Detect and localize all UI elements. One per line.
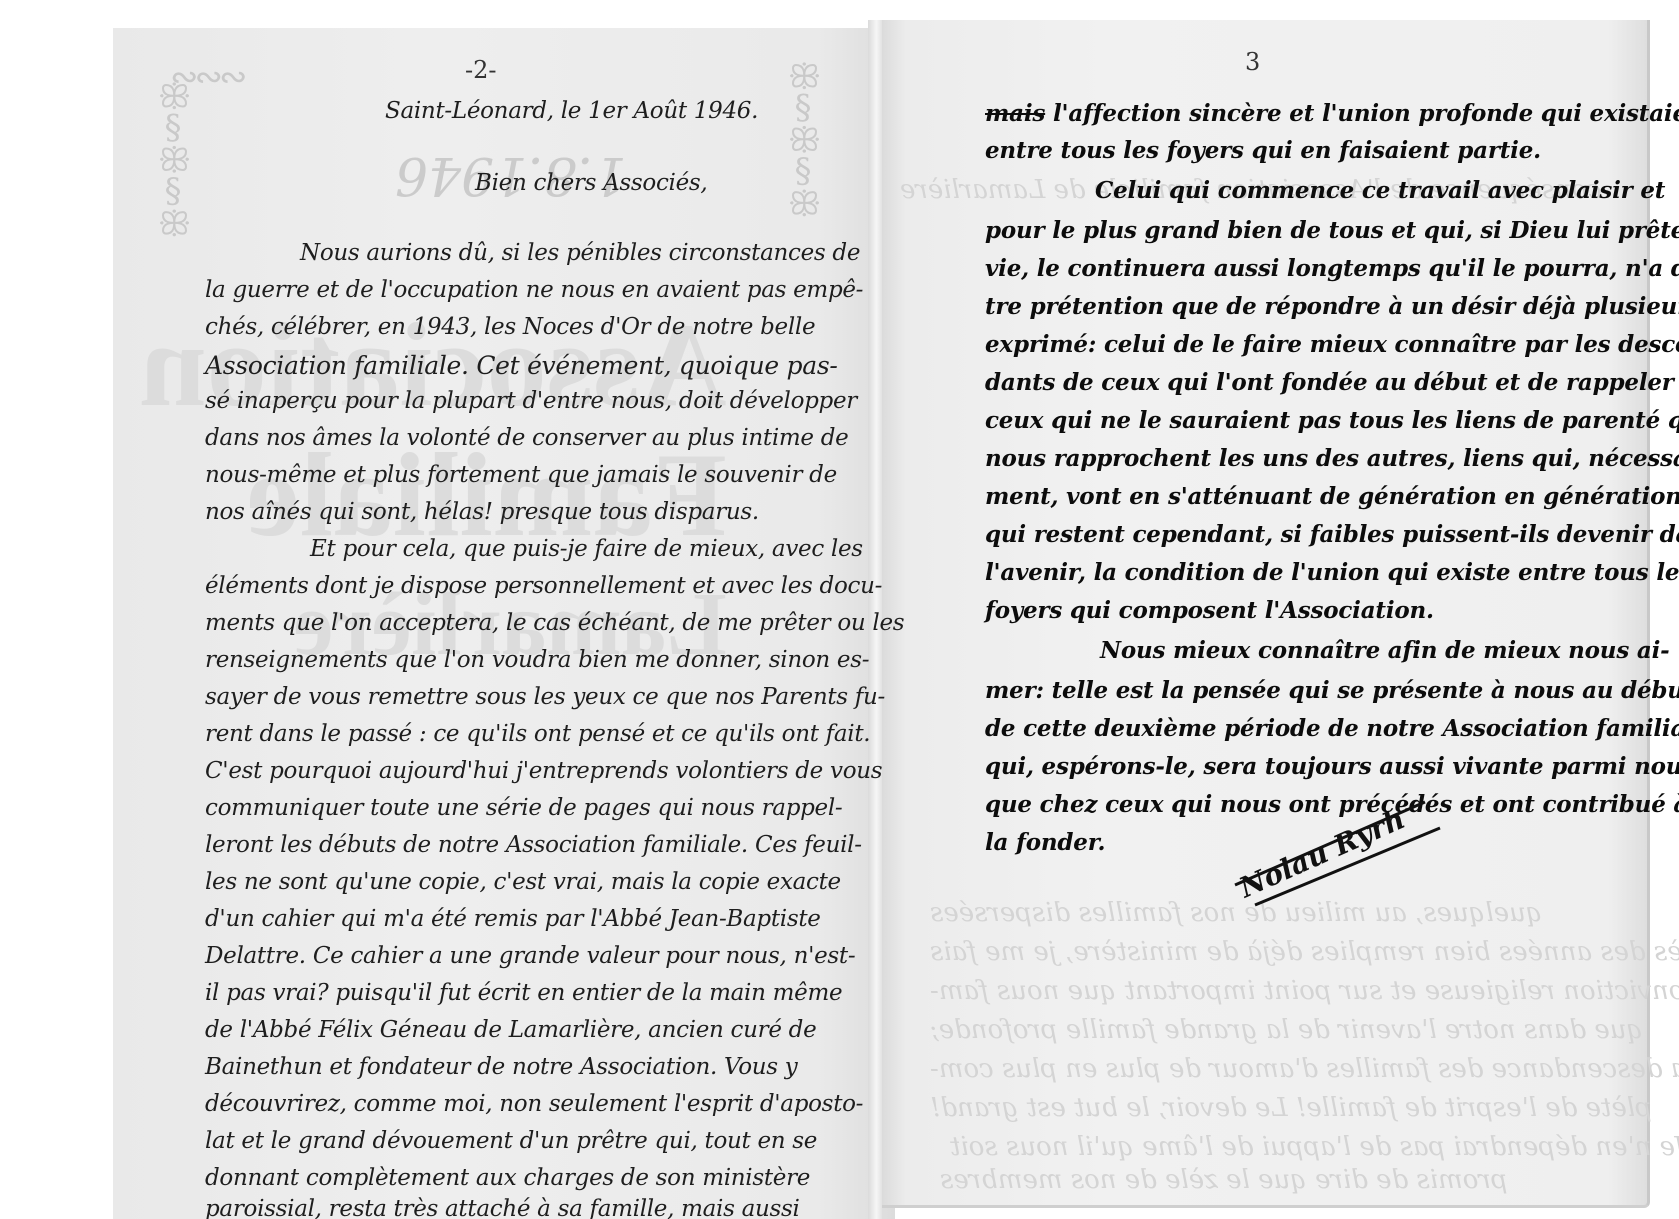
text-line: lat et le grand dévouement d'un prêtre q… xyxy=(205,1128,817,1154)
bleed-through-line: que dans notre l'avenir de la grande fam… xyxy=(930,1015,1643,1045)
text-line: Bainethun et fondateur de notre Associat… xyxy=(205,1054,797,1080)
text-line: mer: telle est la pensée qui se présente… xyxy=(985,677,1679,704)
text-line: entre tous les foyers qui en faisaient p… xyxy=(985,137,1541,164)
text-line: d'un cahier qui m'a été remis par l'Abbé… xyxy=(205,906,821,932)
bleed-through-line: une conviction religieuse et sur point i… xyxy=(930,976,1679,1006)
text-line: nous rapprochent les uns des autres, lie… xyxy=(985,445,1679,472)
ornament-border-icon: ꕥ§ꕥ§ꕥ xyxy=(780,60,820,215)
bleed-through-line: promis de dire que le zèle de nos membre… xyxy=(940,1165,1508,1195)
text-line: nos aînés qui sont, hélas! presque tous … xyxy=(205,499,759,525)
bleed-through-line: Je n'en dépendrai pas de l'appui de l'âm… xyxy=(950,1132,1679,1162)
text-line: ments que l'on acceptera, le cas échéant… xyxy=(205,610,904,636)
text-line: ceux qui ne le sauraient pas tous les li… xyxy=(985,407,1679,434)
page-number: -2- xyxy=(465,56,497,84)
page-number: 3 xyxy=(1245,48,1260,76)
text-line: tre prétention que de répondre à un dési… xyxy=(985,293,1679,320)
text-line: pour le plus grand bien de tous et qui, … xyxy=(985,217,1679,244)
text-line: Et pour cela, que puis-je faire de mieux… xyxy=(310,536,863,562)
text-line: leront les débuts de notre Association f… xyxy=(205,832,862,858)
ornament-border-icon: ꕥ§ꕥ§ꕥ xyxy=(150,80,190,235)
bleed-through-line: plète de l'esprit de famille! Le devoir,… xyxy=(930,1093,1652,1123)
salutation: Bien chers Associés, xyxy=(475,170,707,196)
bleed-through-line: c'est la descendance des familles d'amou… xyxy=(930,1054,1679,1084)
text-line: Association familiale. Cet événement, qu… xyxy=(205,351,838,380)
text-line: sé inaperçu pour la plupart d'entre nous… xyxy=(205,388,857,414)
text-line-content: l'affection sincère et l'union profonde … xyxy=(1053,100,1679,127)
text-line: vie, le continuera aussi longtemps qu'il… xyxy=(985,255,1679,282)
text-line: Nous mieux connaître afin de mieux nous … xyxy=(1100,637,1669,664)
bleed-through-line: après des années bien remplies déjà de m… xyxy=(930,937,1679,967)
signature-text: Nolau Ryrh xyxy=(1234,802,1410,905)
text-line: Nous aurions dû, si les pénibles circons… xyxy=(300,240,860,266)
text-line: dans nos âmes la volonté de conserver au… xyxy=(205,425,848,451)
text-line: paroissial, resta très attaché à sa fami… xyxy=(205,1196,800,1219)
text-line: de l'Abbé Félix Géneau de Lamarlière, an… xyxy=(205,1017,816,1043)
text-line: la fonder. xyxy=(985,829,1105,856)
text-line: sayer de vous remettre sous les yeux ce … xyxy=(205,684,885,710)
text-line: C'est pourquoi aujourd'hui j'entreprends… xyxy=(205,758,882,784)
text-line: donnant complètement aux charges de son … xyxy=(205,1165,810,1191)
text-line: Celui qui commence ce travail avec plais… xyxy=(1095,177,1665,204)
signature: Nolau Ryrh xyxy=(1215,800,1455,920)
text-line: rent dans le passé : ce qu'ils ont pensé… xyxy=(205,721,870,747)
text-line: exprimé: celui de le faire mieux connaît… xyxy=(985,331,1679,358)
text-line: renseignements que l'on voudra bien me d… xyxy=(205,647,869,673)
text-line: il pas vrai? puisqu'il fut écrit en enti… xyxy=(205,980,842,1006)
struck-word: mais xyxy=(985,100,1045,127)
text-line: chés, célébrer, en 1943, les Noces d'Or … xyxy=(205,314,815,340)
text-line: nous-même et plus fortement que jamais l… xyxy=(205,462,837,488)
ornament-border-icon: ∾∾∾ xyxy=(170,60,243,94)
text-line: communiquer toute une série de pages qui… xyxy=(205,795,842,821)
text-line: Delattre. Ce cahier a une grande valeur … xyxy=(205,943,855,969)
text-line: les ne sont qu'une copie, c'est vrai, ma… xyxy=(205,869,841,895)
text-line: la guerre et de l'occupation ne nous en … xyxy=(205,277,863,303)
text-line: ment, vont en s'atténuant de génération … xyxy=(985,483,1679,510)
text-line: de cette deuxième période de notre Assoc… xyxy=(985,715,1679,742)
text-line: qui, espérons-le, sera toujours aussi vi… xyxy=(985,753,1679,780)
text-line: mais l'affection sincère et l'union prof… xyxy=(985,100,1679,127)
place-date: Saint-Léonard, le 1er Août 1946. xyxy=(385,98,758,124)
text-line: l'avenir, la condition de l'union qui ex… xyxy=(985,559,1679,586)
text-line: éléments dont je dispose personnellement… xyxy=(205,573,882,599)
text-line: foyers qui composent l'Association. xyxy=(985,597,1434,624)
text-line: découvrirez, comme moi, non seulement l'… xyxy=(205,1091,863,1117)
text-line: qui restent cependant, si faibles puisse… xyxy=(985,521,1679,548)
text-line: dants de ceux qui l'ont fondée au début … xyxy=(985,369,1679,396)
